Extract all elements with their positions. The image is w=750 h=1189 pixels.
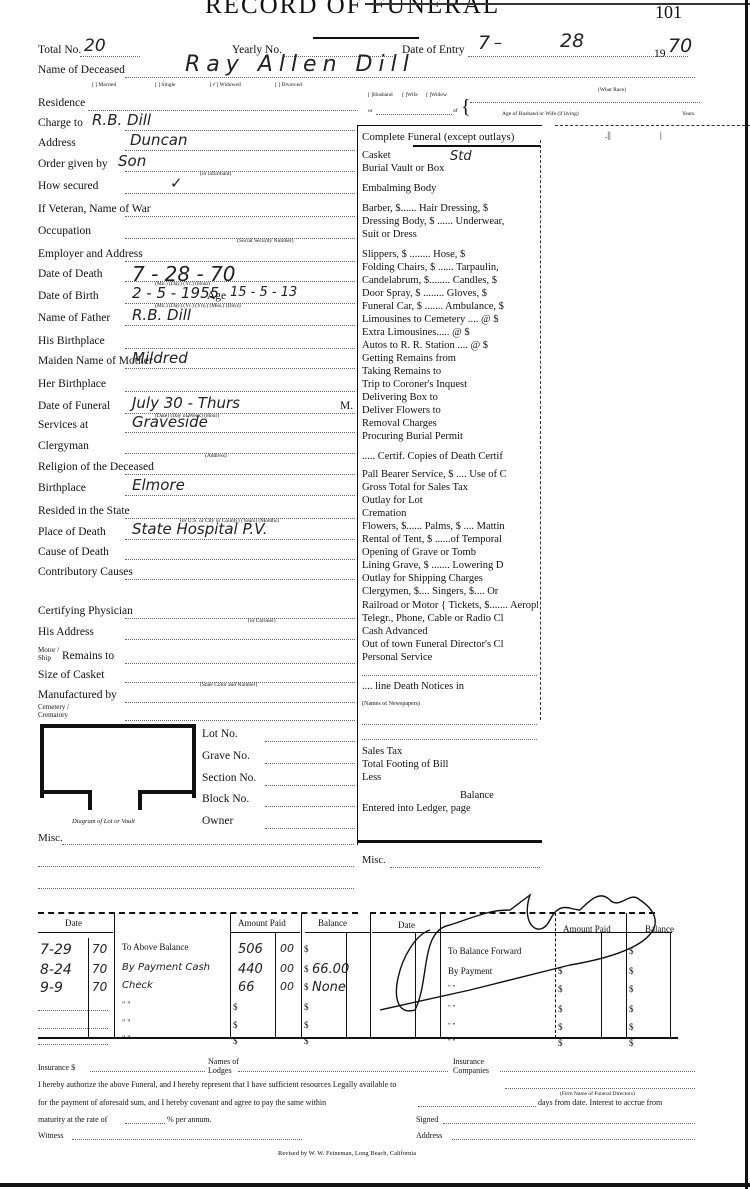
field-label: Address [38, 137, 76, 149]
lot-field-label: Grave No. [202, 750, 250, 762]
top-right-rule [555, 125, 750, 126]
field-label: Remains to [62, 650, 114, 662]
charge-row[interactable]: Total Footing of Bill [362, 759, 538, 770]
charges-heading-underline [413, 145, 540, 147]
ledger-description[interactable]: " " [122, 1018, 131, 1027]
ledger-date[interactable]: 7-29 [40, 942, 72, 958]
address-label: Address [416, 1131, 442, 1140]
ledger-left-balance-header: Balance [318, 918, 347, 928]
charge-row[interactable]: Clergymen, $.... Singers, $.... Or [362, 586, 538, 597]
charges-heading: Complete Funeral (except outlays) [362, 131, 514, 143]
field-value[interactable]: ✓ [170, 174, 183, 192]
charge-row[interactable]: Slippers, $ ........ Hose, $ [362, 249, 538, 260]
charge-row[interactable]: Sales Tax [362, 746, 538, 757]
ledger-date[interactable]: 9-9 [40, 980, 63, 996]
diagram-caption: Diagram of Lot or Vault [72, 818, 135, 825]
charge-row[interactable]: Cash Advanced [362, 626, 538, 637]
ledger-paid-dollars[interactable]: 440 [238, 962, 263, 977]
field-label: Clergyman [38, 440, 89, 452]
total-no-label: Total No. [38, 44, 81, 56]
ledger-right-description[interactable]: " " [448, 1038, 455, 1046]
authorize-text: I hereby authorize the above Funeral, an… [38, 1080, 396, 1089]
field-value[interactable]: Mildred [132, 349, 188, 367]
field-label: Size of Casket [38, 669, 104, 681]
signed-label: Signed [416, 1115, 438, 1124]
charge-row[interactable]: Funeral Car, $ ....... Ambulance, $ [362, 301, 538, 312]
age-spouse-label: Age of Husband or Wife (if living) [502, 111, 579, 117]
charge-row[interactable]: Trip to Coroner's Inquest [362, 379, 538, 390]
charge-row[interactable]: Limousines to Cemetery .... @ $ [362, 314, 538, 325]
field-label: Name of Father [38, 312, 110, 324]
spouse-husband[interactable]: [ ]Husband [368, 92, 393, 98]
charge-row[interactable]: Delivering Box to [362, 392, 538, 403]
ledger-year[interactable]: 70 [92, 942, 107, 956]
field-label: Date of Death [38, 268, 103, 280]
charge-row[interactable]: Telegr., Phone, Cable or Radio Cl [362, 613, 538, 624]
field-note: (Address) [205, 453, 227, 459]
ledger-description[interactable]: " " [122, 1000, 131, 1009]
residence-label: Residence [38, 97, 85, 109]
charge-row[interactable]: Rental of Tent, $ ......of Temporal [362, 534, 538, 545]
entry-day[interactable]: 28 [560, 30, 584, 52]
companies-label: Insurance Companies [453, 1057, 503, 1075]
spouse-widow[interactable]: [ ]Widow [426, 92, 447, 98]
charge-row[interactable]: Personal Service [362, 652, 538, 663]
of-label: of [453, 108, 458, 114]
signature-scribble [370, 870, 690, 1020]
spouse-wife[interactable]: [ ]Wife [402, 92, 418, 98]
top-rule [365, 3, 750, 5]
charges-bottom-rule [357, 840, 542, 843]
field-label: Employer and Address [38, 248, 143, 260]
ledger-description[interactable]: To Above Balance [122, 942, 188, 952]
field-note: (State Color and Number) [200, 682, 257, 688]
field-label: Occupation [38, 225, 91, 237]
lot-field-label: Lot No. [202, 728, 238, 740]
charges-right-edge [540, 140, 541, 720]
right-edge [745, 0, 748, 1189]
field-value[interactable]: Graveside [132, 413, 208, 431]
deceased-name-value[interactable]: Ray Allen Dill [185, 52, 415, 77]
ledger-description[interactable]: " " [122, 1034, 131, 1043]
bottom-edge [0, 1183, 750, 1187]
charge-row[interactable]: Opening of Grave or Tomb [362, 547, 538, 558]
charges-left-border [357, 125, 358, 845]
deceased-label: Name of Deceased [38, 64, 125, 76]
ledger-paid-cents[interactable]: 00 [280, 980, 294, 993]
charge-row[interactable]: Suit or Dress [362, 229, 538, 240]
charge-row[interactable]: Balance [460, 790, 540, 801]
charge-row[interactable]: Candelabrum, $........ Candles, $ [362, 275, 538, 286]
charges-top-rule [357, 125, 542, 126]
charge-row[interactable]: Embalming Body [362, 183, 538, 194]
charge-row[interactable]: Railroad or Motor { Tickets, $....... Ae… [362, 600, 538, 611]
field-label: Manufactured by [38, 689, 117, 701]
charge-row[interactable]: Outlay for Lot [362, 495, 538, 506]
ledger-left-date-header: Date [65, 918, 82, 928]
field-label: His Address [38, 626, 94, 638]
field-label: Cause of Death [38, 546, 109, 558]
charge-row[interactable]: Less [362, 772, 538, 783]
witness-label: Witness [38, 1131, 63, 1140]
per-annum-text: % per annum. [167, 1115, 212, 1124]
field-label: Birthplace [38, 482, 86, 494]
marital-divorced[interactable]: [ ] Divorced [275, 82, 302, 88]
field-value[interactable]: R.B. Dill [132, 306, 191, 324]
charge-row[interactable]: Entered into Ledger, page [362, 803, 538, 814]
charge-row[interactable]: Taking Remains to [362, 366, 538, 377]
charge-row[interactable]: Autos to R. R. Station .... @ $ [362, 340, 538, 351]
charge-row[interactable]: Deliver Flowers to [362, 405, 538, 416]
charge-row[interactable]: Getting Remains from [362, 353, 538, 364]
field-label: Order given by [38, 158, 108, 170]
field-note: (or informant) [200, 171, 231, 177]
total-no-value[interactable]: 20 [84, 36, 106, 56]
marital-married[interactable]: [ ] Married [92, 82, 116, 88]
maturity-text: maturity at the rate of [38, 1115, 107, 1124]
marital-single[interactable]: [ ] Single [155, 82, 175, 88]
age-value[interactable]: 15 - 5 - 13 [230, 285, 297, 300]
days-text: days from date. Interest to accrue from [538, 1098, 662, 1107]
revised-by: Revised by W. W. Feineman, Long Beach, C… [278, 1150, 416, 1157]
field-note: (Social Security Number) [237, 238, 294, 244]
ledger-right-description[interactable]: " " [448, 1022, 455, 1030]
page-number: 101 [655, 2, 682, 23]
ledger-description[interactable]: By Payment Cash [122, 962, 210, 973]
charges-misc-label: Misc. [362, 855, 386, 866]
charge-row[interactable]: Barber, $...... Hair Dressing, $ [362, 203, 538, 214]
field-label: Contributory Causes [38, 566, 133, 578]
lodges-label: Names of Lodges [208, 1057, 248, 1075]
field-label: Date of Funeral [38, 400, 110, 412]
charge-row[interactable]: Burial Vault or Box [362, 163, 538, 174]
or-label: or [368, 108, 373, 114]
charge-row[interactable]: Procuring Burial Permit [362, 431, 538, 442]
charge-row[interactable]: (Names of Newspapers) [362, 701, 538, 707]
lot-field-label: Section No. [202, 772, 256, 784]
ledger-paid-dollars[interactable]: 506 [238, 942, 263, 957]
charge-row[interactable]: Cremation [362, 508, 538, 519]
ledger-balance[interactable]: 66.00 [312, 962, 349, 977]
charge-row[interactable]: Outlay for Shipping Charges [362, 573, 538, 584]
field-label: Date of Birth [38, 290, 99, 302]
lot-field-label: Block No. [202, 793, 249, 805]
what-race-label: (What Race) [598, 87, 626, 93]
field-label: Resided in the State [38, 505, 130, 517]
field-value[interactable]: Elmore [132, 476, 185, 494]
field-label: Her Birthplace [38, 378, 106, 390]
insurance-label: Insurance $ [38, 1063, 75, 1072]
entry-year-prefix: 19 [654, 48, 666, 60]
casket-value[interactable]: Std [450, 149, 472, 164]
motor-ship-prefix: Motor / Ship [38, 646, 60, 662]
hour-suffix: M. [340, 400, 353, 412]
misc-label: Misc. [38, 832, 63, 844]
field-value[interactable]: Duncan [130, 131, 188, 149]
field-value[interactable]: State Hospital P.V. [132, 520, 268, 538]
charge-row[interactable]: Lining Grave, $ ....... Lowering D [362, 560, 538, 571]
field-label: How secured [38, 180, 98, 192]
charge-row[interactable]: Extra Limousines..... @ $ [362, 327, 538, 338]
lot-diagram[interactable] [40, 724, 196, 798]
ledger-bottom-rule [38, 1037, 678, 1039]
charge-row[interactable]: .... line Death Notices in [362, 681, 538, 692]
field-value[interactable]: Son [118, 152, 146, 170]
ledger-balance[interactable]: None [312, 980, 346, 995]
covenant-text: for the payment of aforesaid sum, and I … [38, 1098, 326, 1107]
charge-row[interactable]: Removal Charges [362, 418, 538, 429]
field-value[interactable]: July 30 - Thurs [132, 394, 240, 412]
title-underline [313, 37, 419, 39]
field-label: Charge to [38, 117, 83, 129]
ledger-year[interactable]: 70 [92, 962, 107, 976]
age-label: Age [207, 290, 226, 302]
field-label: If Veteran, Name of War [38, 203, 151, 215]
entry-year-suffix[interactable]: 70 [668, 35, 692, 57]
marital-widowed[interactable]: [✓] Widowed [210, 82, 241, 88]
charge-row[interactable]: ..... Certif. Copies of Death Certif [362, 451, 538, 462]
field-label: Religion of the Deceased [38, 461, 154, 473]
field-note: (or Coroner) [248, 618, 276, 624]
ledger-left-paid-header: Amount Paid [238, 918, 286, 928]
charge-row[interactable]: Flowers, $...... Palms, $ .... Mattin [362, 521, 538, 532]
ledger-left-top-rule [38, 912, 358, 914]
years-label: Years [682, 111, 694, 117]
field-value[interactable]: R.B. Dill [92, 111, 151, 129]
ledger-year[interactable]: 70 [92, 980, 107, 994]
ledger-date[interactable]: 8-24 [40, 962, 72, 978]
charge-row[interactable]: Door Spray, $ ........ Gloves, $ [362, 288, 538, 299]
lot-field-label: Owner [202, 815, 233, 827]
charge-row[interactable]: Folding Chairs, $ ...... Tarpaulin, [362, 262, 538, 273]
charge-row[interactable]: Gross Total for Sales Tax [362, 482, 538, 493]
charge-row[interactable]: Dressing Body, $ ...... Underwear, [362, 216, 538, 227]
ledger-description[interactable]: Check [122, 980, 153, 991]
charge-row[interactable]: Out of town Funeral Director's Cl [362, 639, 538, 650]
ledger-paid-cents[interactable]: 00 [280, 962, 294, 975]
field-label: Certifying Physician [38, 605, 133, 617]
charge-row[interactable]: Pall Bearer Service, $ .... Use of C [362, 469, 538, 480]
entry-month[interactable]: 7 [478, 32, 490, 54]
field-label: His Birthplace [38, 335, 105, 347]
field-label: Cemetery / Crematory [38, 703, 78, 719]
firm-name-note: (Firm Name of Funeral Directors) [560, 1091, 635, 1097]
field-label: Place of Death [38, 526, 106, 538]
ledger-paid-dollars[interactable]: 66 [238, 980, 255, 995]
field-label: Services at [38, 419, 88, 431]
ledger-paid-cents[interactable]: 00 [280, 942, 294, 955]
